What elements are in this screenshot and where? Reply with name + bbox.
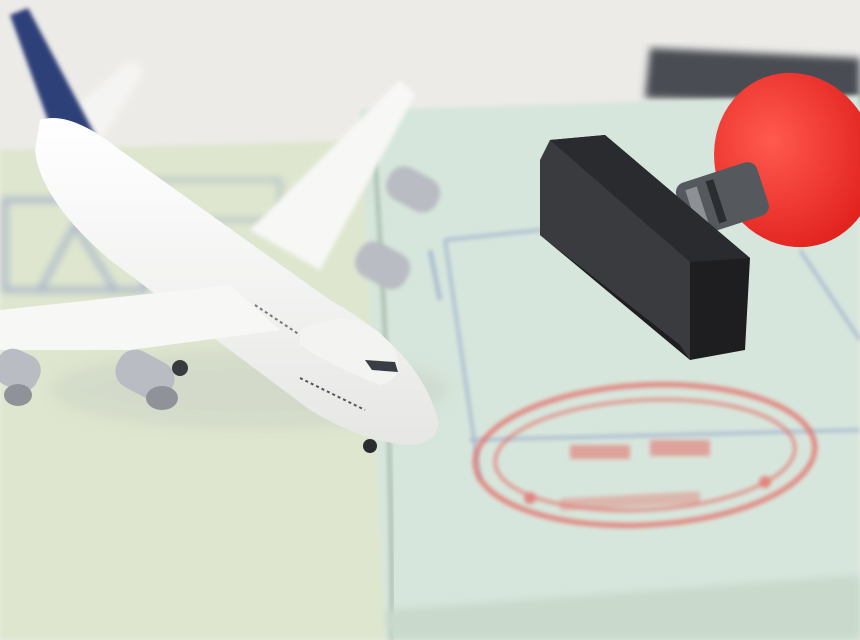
landing-gear [363, 439, 377, 453]
photo-scene [0, 0, 860, 640]
scene-illustration [0, 0, 860, 640]
